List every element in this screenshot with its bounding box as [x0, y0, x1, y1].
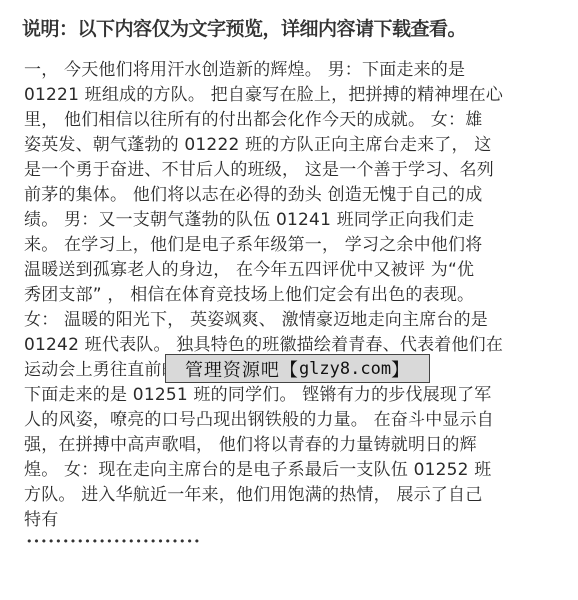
watermark-bracket: 】	[391, 356, 410, 382]
text-line: 里， 他们相信以往所有的付出都会化作今天的成就。 女：雄	[24, 108, 554, 133]
text-line: 来。 在学习上，他们是电子系年级第一， 学习之余中他们将	[24, 233, 554, 258]
preview-notice: 说明：以下内容仅为文字预览，详细内容请下载查看。	[22, 14, 466, 41]
text-line: 煌。 女：现在走向主席台的是电子系最后一支队伍 01252 班	[24, 458, 554, 483]
text-line: 女： 温暖的阳光下， 英姿飒爽、 激情豪迈地走向主席台的是	[24, 308, 554, 333]
text-line: 是一个勇于奋进、不甘后人的班级， 这是一个善于学习、名列	[24, 158, 554, 183]
text-line: 人的风姿，嘹亮的口号凸现出钢铁般的力量。 在奋斗中显示自	[24, 408, 554, 433]
text-line: 方队。 进入华航近一年来，他们用饱满的热情， 展示了自己	[24, 483, 554, 508]
text-line: 强，在拼搏中高声歌唱， 他们将以青春的力量铸就明日的辉	[24, 433, 554, 458]
text-line: 01221 班组成的方队。 把自豪写在脸上，把拼搏的精神埋在心	[24, 83, 554, 108]
text-line: 绩。 男：又一支朝气蓬勃的队伍 01241 班同学正向我们走	[24, 208, 554, 233]
watermark-domain: glzy8.com	[299, 359, 391, 379]
text-line: 秀团支部” ， 相信在体育竞技场上他们定会有出色的表现。	[24, 283, 554, 308]
text-line: 前茅的集体。 他们将以志在必得的劲头 创造无愧于自己的成	[24, 183, 554, 208]
text-line: 特有	[24, 508, 554, 533]
text-line: 温暖送到孤寡老人的身边， 在今年五四评优中又被评 为“优	[24, 258, 554, 283]
watermark-cn: 管理资源吧【	[185, 356, 299, 382]
text-line: 姿英发、朝气蓬勃的 01222 班的方队正向主席台走来了， 这	[24, 133, 554, 158]
truncation-ellipsis: ••••••••••••••••••••••••	[26, 537, 201, 547]
watermark-banner: 管理资源吧【glzy8.com】	[165, 354, 430, 383]
text-line: 一， 今天他们将用汗水创造新的辉煌。 男：下面走来的是	[24, 58, 554, 83]
text-line: 下面走来的是 01251 班的同学们。 铿锵有力的步伐展现了军	[24, 383, 554, 408]
document-body: 一， 今天他们将用汗水创造新的辉煌。 男：下面走来的是 01221 班组成的方队…	[24, 58, 554, 533]
